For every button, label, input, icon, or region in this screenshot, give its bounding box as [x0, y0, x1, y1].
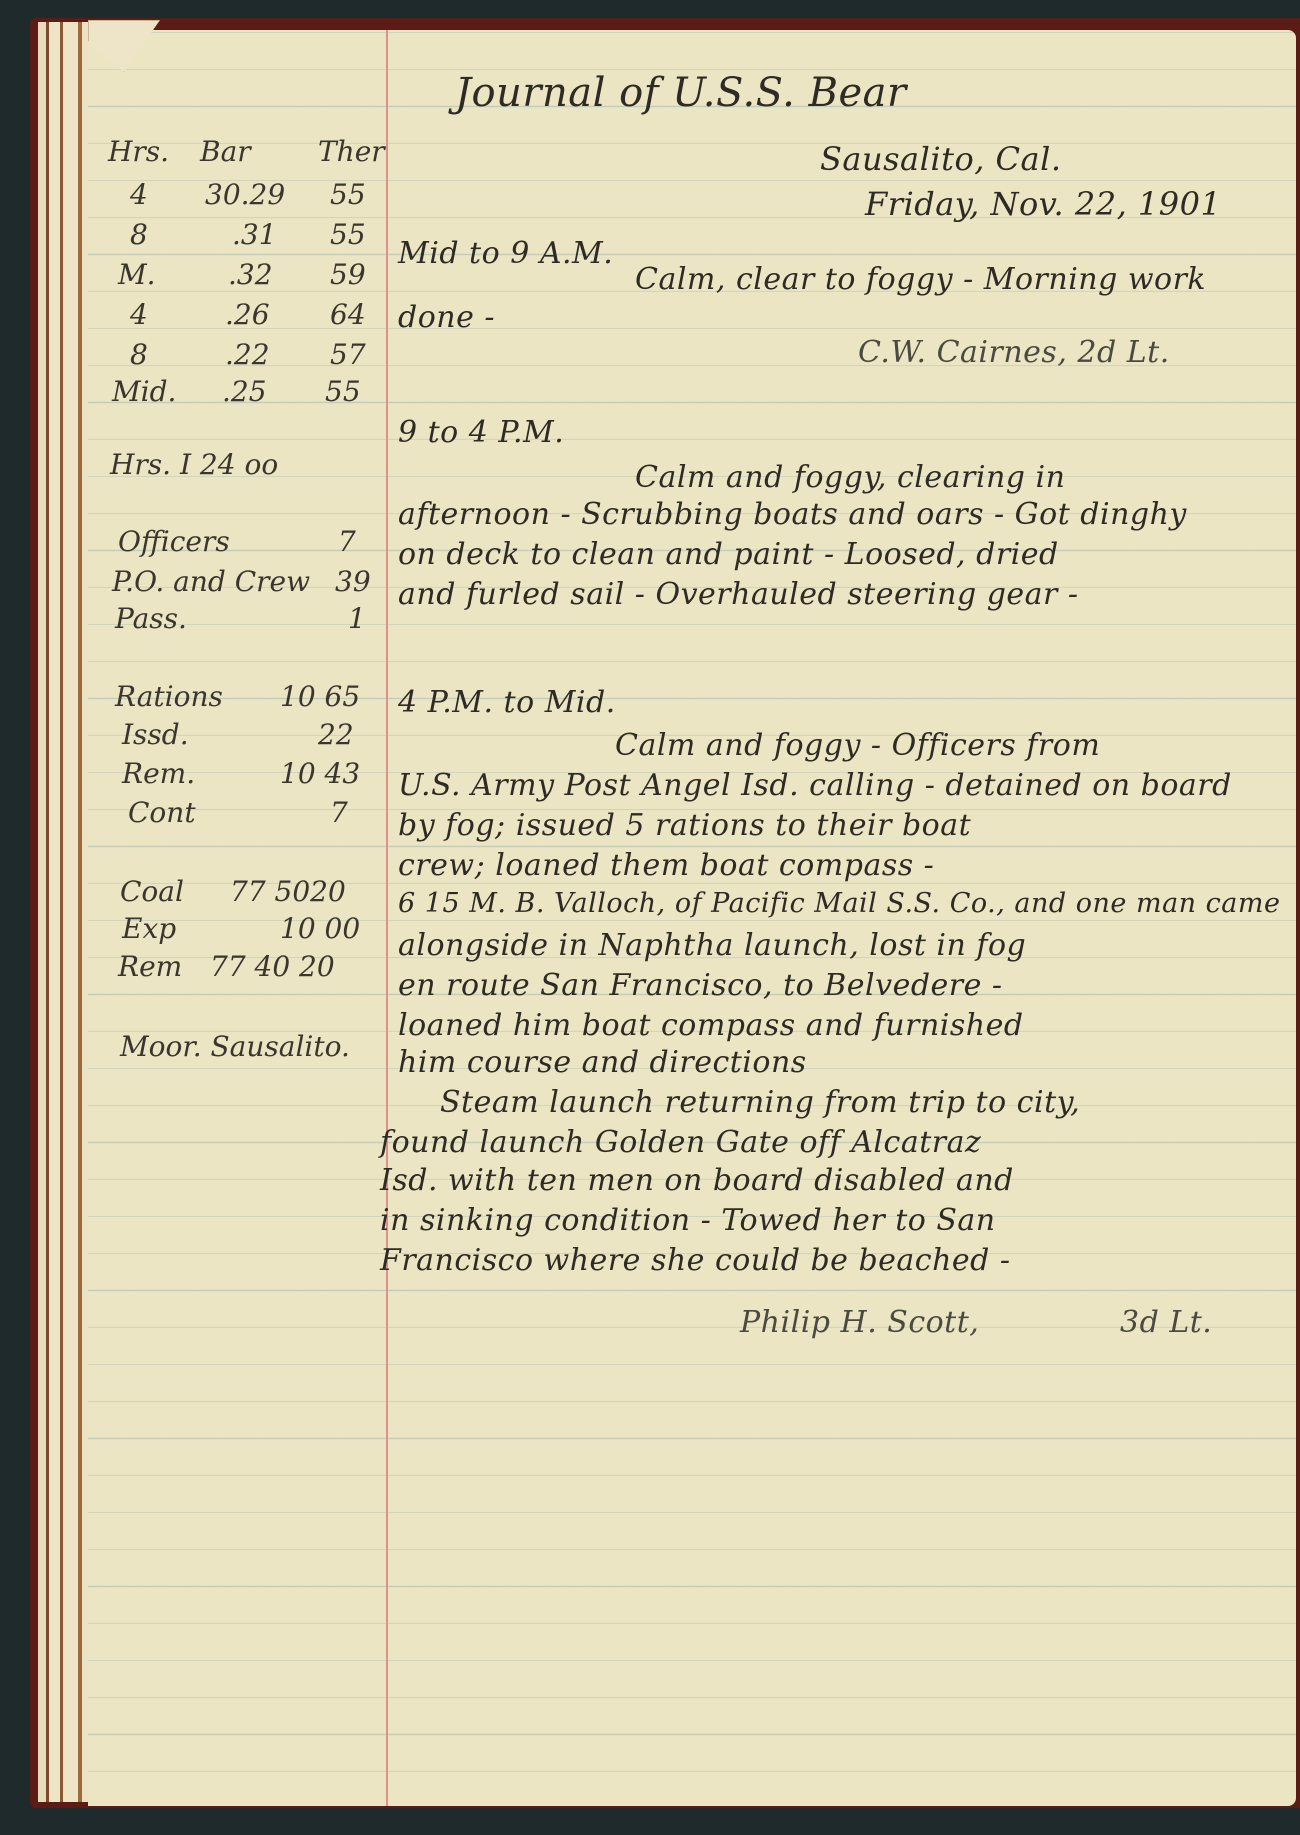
row-bar: .32 [228, 258, 273, 291]
entry-line: done - [398, 300, 495, 335]
rations-value: 22 [318, 718, 354, 751]
row-hrs: 8 [130, 338, 148, 371]
row-bar: 30.29 [205, 178, 285, 211]
entry-line: crew; loaned them boat compass - [398, 848, 934, 883]
row-hrs: Mid. [112, 375, 176, 408]
row-ther: 55 [330, 218, 366, 251]
hrs-total: Hrs. I 24 oo [110, 448, 278, 481]
entry-line: alongside in Naphtha launch, lost in fog [398, 928, 1026, 963]
row-ther: 55 [330, 178, 366, 211]
row-hrs: 4 [130, 178, 148, 211]
rations-value: 7 [330, 796, 348, 829]
rations-label: Issd. [122, 718, 189, 751]
personnel-value: 7 [338, 525, 356, 558]
personnel-label: P.O. and Crew [112, 565, 310, 598]
row-hrs: M. [118, 258, 156, 291]
officer-signature: Philip H. Scott, [740, 1305, 979, 1340]
rations-label: Cont [128, 796, 196, 829]
row-hrs: 4 [130, 298, 148, 331]
entry-line: U.S. Army Post Angel Isd. calling - deta… [398, 768, 1232, 803]
rations-label: Rations [115, 680, 223, 713]
entry-line: loaned him boat compass and furnished [398, 1008, 1024, 1043]
entry-line: Francisco where she could be beached - [380, 1243, 1011, 1278]
row-bar: .25 [222, 375, 267, 408]
row-ther: 57 [330, 338, 366, 371]
rations-label: Rem. [122, 757, 195, 790]
rations-value: 10 43 [280, 757, 360, 790]
entry-line: and furled sail - Overhauled steering ge… [398, 577, 1079, 612]
entry-line: in sinking condition - Towed her to San [380, 1203, 996, 1238]
watch-label: 4 P.M. to Mid. [398, 685, 616, 720]
entry-line: Steam launch returning from trip to city… [440, 1085, 1080, 1120]
personnel-value: 39 [335, 565, 371, 598]
entry-line: Calm and foggy - Officers from [615, 728, 1100, 763]
journal-title: Journal of U.S.S. Bear [455, 70, 907, 116]
row-ther: 59 [330, 258, 366, 291]
row-ther: 55 [325, 375, 361, 408]
officer-signature: C.W. Cairnes, 2d Lt. [858, 335, 1170, 370]
row-bar: .22 [225, 338, 270, 371]
row-hrs: 8 [130, 218, 148, 251]
entry-line: by fog; issued 5 rations to their boat [398, 808, 971, 843]
col-header-bar: Bar [200, 135, 251, 168]
entry-line: him course and directions [398, 1045, 807, 1080]
coal-label: Exp [122, 912, 176, 945]
anchorage: Moor. Sausalito. [120, 1030, 350, 1063]
coal-value: 77 40 20 [210, 950, 335, 983]
col-header-hrs: Hrs. [108, 135, 169, 168]
rations-value: 10 65 [280, 680, 360, 713]
entry-line: afternoon - Scrubbing boats and oars - G… [398, 497, 1187, 532]
entry-line: 6 15 M. B. Valloch, of Pacific Mail S.S.… [398, 888, 1280, 919]
officer-rank: 3d Lt. [1120, 1305, 1212, 1340]
date: Friday, Nov. 22, 1901 [865, 185, 1221, 223]
entry-line: Calm and foggy, clearing in [635, 460, 1065, 495]
entry-line: Calm, clear to foggy - Morning work [635, 262, 1206, 297]
row-ther: 64 [330, 298, 366, 331]
coal-value: 10 00 [280, 912, 360, 945]
row-bar: .31 [232, 218, 277, 251]
margin-rule [386, 30, 388, 1806]
personnel-label: Officers [118, 525, 230, 558]
coal-label: Rem [118, 950, 182, 983]
entry-line: on deck to clean and paint - Loosed, dri… [398, 537, 1059, 572]
location: Sausalito, Cal. [820, 140, 1062, 178]
personnel-value: 1 [348, 602, 366, 635]
personnel-label: Pass. [115, 602, 187, 635]
entry-line: found launch Golden Gate off Alcatraz [380, 1125, 981, 1160]
col-header-ther: Ther [318, 135, 385, 168]
watch-label: Mid to 9 A.M. [398, 236, 613, 271]
coal-value: 77 5020 [230, 875, 346, 908]
entry-line: en route San Francisco, to Belvedere - [398, 968, 1003, 1003]
watch-label: 9 to 4 P.M. [398, 415, 564, 450]
coal-label: Coal [120, 875, 184, 908]
row-bar: .26 [225, 298, 270, 331]
entry-line: Isd. with ten men on board disabled and [380, 1163, 1014, 1198]
